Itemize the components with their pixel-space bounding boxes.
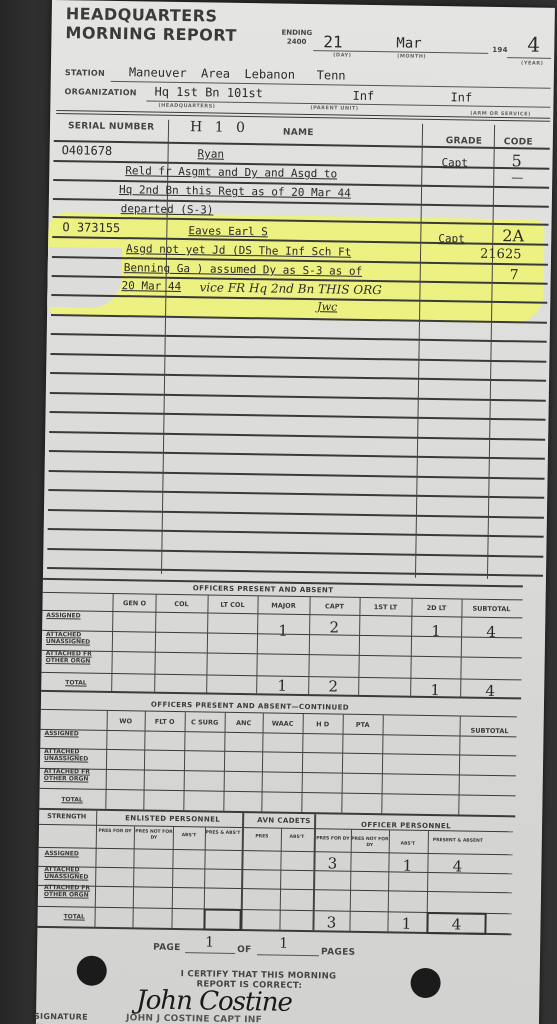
enlisted-title: ENLISTED PERSONNEL [125,814,220,823]
row-attached-other: ATTACHED FR OTHER ORGN [46,650,110,665]
org-arm: Inf [450,90,472,104]
org-parent: Inf [352,89,374,103]
row-total-cont: TOTAL [61,796,82,803]
table-col [341,715,344,813]
serial-number-header: SERIAL NUMBER [68,121,155,132]
col-capt: CAPT [310,602,358,611]
col-separator [415,124,423,578]
table-col [111,594,114,691]
page-num-line [185,952,235,954]
rule-line [50,411,546,421]
signature-handwritten: John Costine [136,985,292,1017]
total-2d-lt: 1 [411,681,459,700]
row-assigned: ASSIGNED [46,612,80,620]
year-line [507,57,551,59]
table-col [279,829,282,930]
rule-line [50,392,546,402]
col-enl-pres-not-for-dy: PRES NOT FOR DY [135,829,173,842]
ending-label-1: ENDING [281,29,312,38]
col-major: MAJOR [258,601,308,610]
month-value: Mar [396,35,422,51]
table-col [154,595,157,692]
entry-2-serial: O 373155 [62,220,120,235]
rule-line [50,372,546,382]
assigned-capt: 2 [310,618,358,637]
col-wo: WO [107,717,145,726]
col-subtotal: SUBTOTAL [462,604,520,613]
col-enl-abst: ABS'T [173,833,205,840]
ending-label: ENDING 2400 [281,29,312,47]
assigned-off-pres-for-dy: 3 [314,854,350,873]
entry-2-code3: 7 [510,267,519,283]
entry-2-remark-3: 20 Mar 44 [121,279,181,293]
entry-1-code2: — [511,170,523,184]
col-off-pres-for-dy: PRES FOR DY [315,836,351,843]
col-separator [487,125,495,579]
year-suffix: 4 [527,32,540,56]
rule-line [49,450,545,460]
col-gen-o: GEN O [114,599,154,608]
total-capt: 2 [309,677,357,696]
table-rule [42,650,522,659]
assigned-2d-lt: 1 [412,622,460,641]
row-attached-unassigned-cont: ATTACHED UNASSIGNED [44,748,108,763]
rule-line [49,470,545,480]
col-lt-col: LT COL [208,601,256,610]
table-col [458,716,461,814]
col-pta: PTA [343,721,383,730]
rule-line [51,333,547,343]
col-enl-pres-for-dy: PRES FOR DY [97,829,133,836]
col-enl-pres-abst: PRES & ABS'T [205,830,241,837]
of-label: OF [237,945,252,955]
row-attached-other-cont: ATTACHED FR OTHER ORGN [44,768,108,783]
entry-2-code2: 21625 [480,247,522,263]
assigned-off-present-absent: 4 [428,857,486,876]
aviation-title: AVN CADETS [257,816,311,825]
table-col [358,598,361,695]
table-rule [39,847,513,855]
table-col [349,830,352,931]
form-title: HEADQUARTERS MORNING REPORT [65,4,237,45]
entry-1-serial: O401678 [62,143,113,158]
station-value: Maneuver Area Lebanon Tenn [129,65,346,82]
assigned-major: 1 [258,621,308,640]
row-total-strength: TOTAL [64,913,85,920]
col-subtotal-cont: SUBTOTAL [461,726,519,735]
name-header: NAME [283,128,314,138]
day-caption: (DAY) [333,52,351,58]
col-2d-lt: 2D LT [412,604,460,613]
col-avn-pres: PRES [243,834,281,841]
org-caption-hq: (HEADQUARTERS) [158,103,215,110]
day-value: 21 [323,32,343,51]
row-attached-unassigned: ATTACHED UNASSIGNED [46,631,110,646]
table-rule [41,729,517,737]
rule-line [47,567,543,577]
rule-line [48,509,544,519]
month-caption: (MONTH) [397,53,426,59]
table-col [381,715,384,813]
row-assigned-strength: ASSIGNED [45,850,79,858]
row-assigned-cont: ASSIGNED [44,730,78,738]
col-waac: WAAC [263,719,303,728]
ending-label-2: 2400 [281,38,312,47]
pages-label: PAGES [321,947,355,958]
col-off-present-absent: PRESENT & ABSENT [429,838,487,845]
title-line-2: MORNING REPORT [65,23,237,45]
col-off-pres-not-for-dy: PRES NOT FOR DY [351,837,389,850]
entry-2-initials: Jwc [317,300,337,313]
entry-1-remark-3: departed (S-3) [121,202,214,216]
org-headquarters: Hq 1st Bn 101st [154,85,263,101]
col-avn-abst: ABS'T [281,835,313,842]
table-rule [40,748,516,756]
page-total-line [257,954,319,956]
col-h-d: H D [303,720,343,729]
entry-2-name: Eaves Earl S [188,224,268,238]
strength-label: STRENGTH [47,813,86,821]
handwritten-number: H 1 0 [190,119,249,136]
punch-hole-left [77,955,107,985]
assigned-off-abst: 1 [388,856,426,875]
table-col [206,595,209,692]
rule-line [48,489,544,499]
code-header: CODE [504,137,533,147]
punch-hole-right [410,968,440,998]
table-rule [38,885,512,893]
row-attached-unassigned-strength: ATTACHED UNASSIGNED [44,866,98,881]
col-off-abst: ABS'T [389,841,427,848]
total-off-abst: 1 [387,914,425,933]
entry-1-remark-2: Hq 2nd Bn this Regt as of 20 Mar 44 [119,183,351,200]
rule-line [49,431,545,441]
table-col [183,712,186,810]
officers-table-title: OFFICERS PRESENT AND ABSENT [193,584,334,594]
entry-1-remark-1: Reld fr Asgmt and Dy and Asgd to [125,164,337,180]
officers-continued-title: OFFICERS PRESENT AND ABSENT—CONTINUED [151,701,349,712]
assigned-subtotal: 4 [462,622,520,641]
page-num: 1 [205,934,214,950]
col-1st-lt: 1ST LT [360,603,410,612]
total-off-pres-for-dy: 3 [313,913,349,932]
rule-line [48,528,544,538]
station-label: STATION [65,68,105,78]
row-total: TOTAL [65,679,86,686]
page-label: PAGE [153,943,181,953]
col-anc: ANC [225,719,263,728]
entry-2-grade: Capt [438,232,465,245]
entry-2-handwritten-note: vice FR Hq 2nd Bn THIS ORG [199,280,382,297]
table-col [223,713,226,811]
rule-line [47,548,543,558]
entry-1-name: Ryan [198,147,225,160]
table-col [301,714,304,812]
entry-1-code: 5 [511,151,521,170]
entry-2-code: 2A [502,226,524,245]
organization-label: ORGANIZATION [64,87,136,97]
org-caption-parent: (PARENT UNIT) [310,105,358,112]
table-rule [40,768,516,776]
year-prefix: 194 [492,46,508,54]
page-total: 1 [279,936,288,952]
table-col [132,826,135,927]
morning-report-form: HEADQUARTERS MORNING REPORT ENDING 2400 … [36,0,555,1024]
total-major: 1 [257,676,307,695]
table-col [143,712,146,810]
enlisted-total-box [203,908,241,931]
signature-label: SIGNATURE [34,1012,88,1022]
col-c-surg: C SURG [185,718,225,727]
table-col [171,827,174,928]
table-col [261,713,264,811]
col-col: COL [156,600,206,609]
total-off-present-absent: 4 [427,915,485,934]
grade-header: GRADE [446,136,483,147]
table-rule [40,788,516,796]
rule-line [50,353,546,363]
col-flt-o: FLT O [145,718,185,727]
entry-1-grade: Capt [441,156,468,169]
year-caption: (YEAR) [521,60,543,66]
total-subtotal: 4 [461,681,519,700]
